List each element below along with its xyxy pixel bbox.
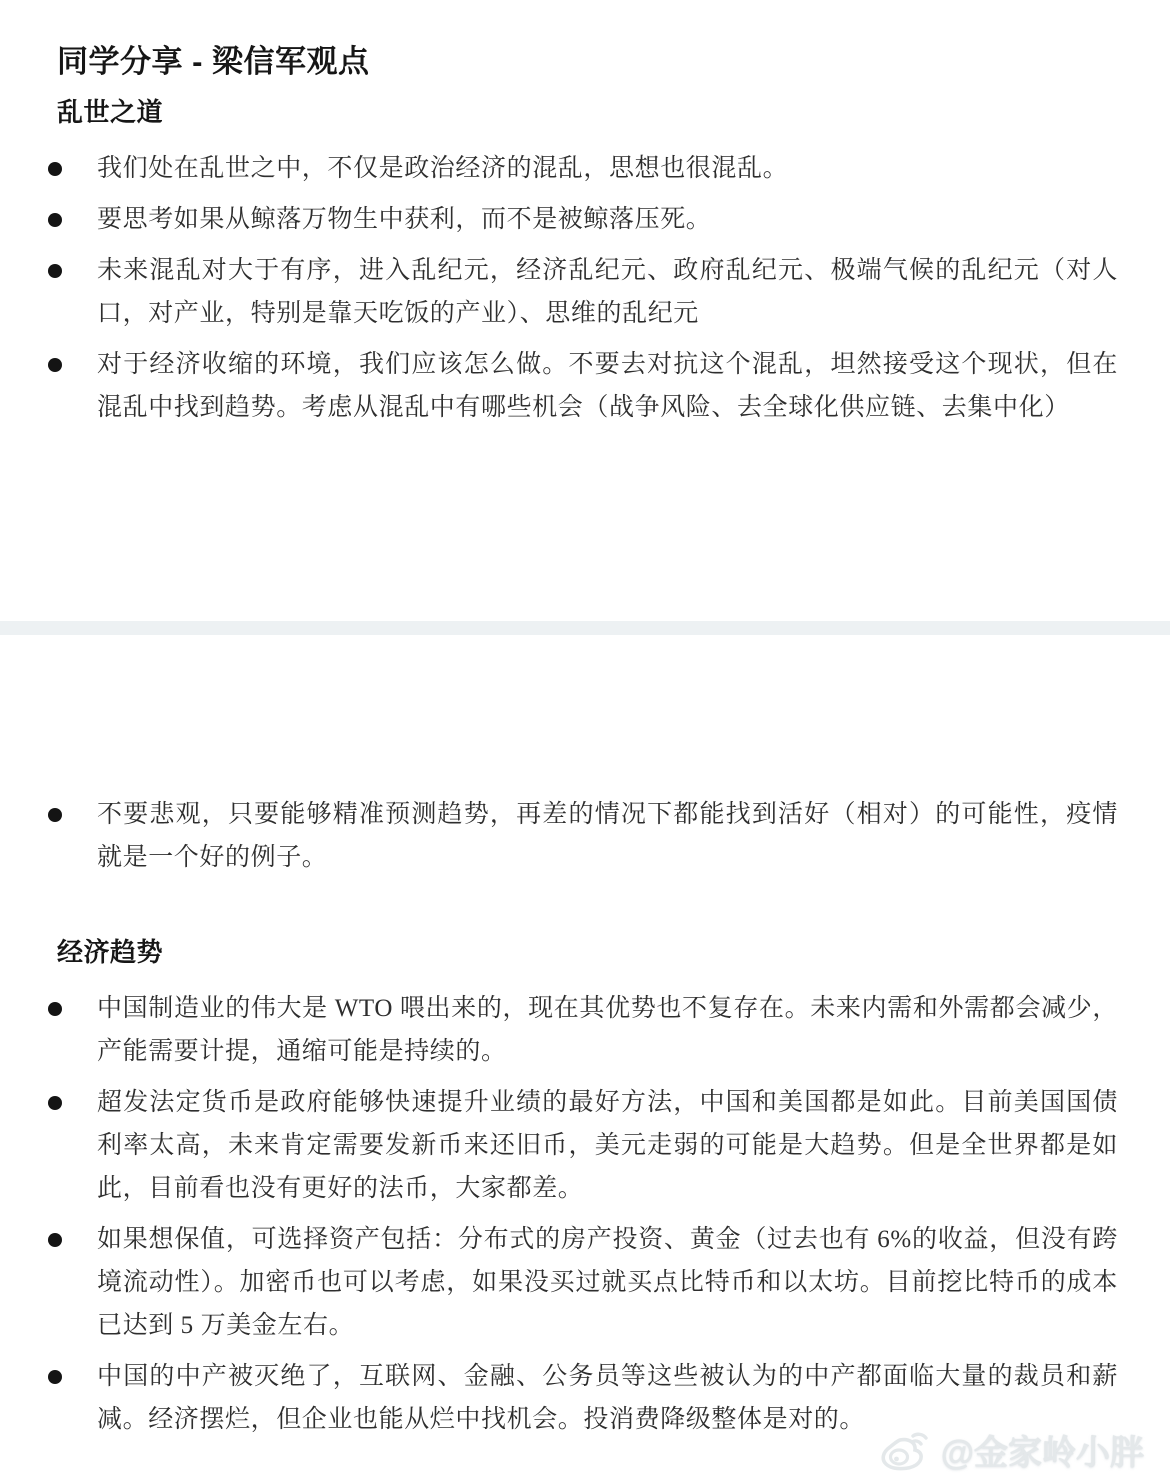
- list-item: 要思考如果从鲸落万物生中获利，而不是被鲸落压死。: [0, 198, 1170, 241]
- list-item: 不要悲观，只要能够精准预测趋势，再差的情况下都能找到活好（相对）的可能性，疫情就…: [0, 793, 1170, 879]
- bullet-dot-icon: [48, 162, 62, 176]
- bullet-text: 不要悲观，只要能够精准预测趋势，再差的情况下都能找到活好（相对）的可能性，疫情就…: [97, 793, 1118, 879]
- weibo-logo-icon: [879, 1428, 931, 1472]
- blank-gap: [0, 437, 1170, 621]
- bullet-dot-icon: [48, 358, 62, 372]
- section2-bullet-list: 中国制造业的伟大是 WTO 喂出来的，现在其优势也不复存在。未来内需和外需都会减…: [0, 987, 1170, 1441]
- divider-band: [0, 621, 1170, 635]
- list-item: 中国制造业的伟大是 WTO 喂出来的，现在其优势也不复存在。未来内需和外需都会减…: [0, 987, 1170, 1073]
- section1-bullet-after-gap: 不要悲观，只要能够精准预测趋势，再差的情况下都能找到活好（相对）的可能性，疫情就…: [0, 793, 1170, 879]
- bullet-text: 如果想保值，可选择资产包括：分布式的房产投资、黄金（过去也有 6%的收益，但没有…: [97, 1218, 1118, 1347]
- list-item: 超发法定货币是政府能够快速提升业绩的最好方法，中国和美国都是如此。目前美国国债利…: [0, 1081, 1170, 1210]
- list-item: 如果想保值，可选择资产包括：分布式的房产投资、黄金（过去也有 6%的收益，但没有…: [0, 1218, 1170, 1347]
- section-heading-economy: 经济趋势: [57, 935, 1118, 969]
- bullet-dot-icon: [48, 1096, 62, 1110]
- bullet-text: 要思考如果从鲸落万物生中获利，而不是被鲸落压死。: [97, 198, 1118, 241]
- list-item: 未来混乱对大于有序，进入乱纪元，经济乱纪元、政府乱纪元、极端气候的乱纪元（对人口…: [0, 249, 1170, 335]
- bullet-dot-icon: [48, 808, 62, 822]
- bullet-text: 未来混乱对大于有序，进入乱纪元，经济乱纪元、政府乱纪元、极端气候的乱纪元（对人口…: [97, 249, 1118, 335]
- list-item: 对于经济收缩的环境，我们应该怎么做。不要去对抗这个混乱，坦然接受这个现状，但在混…: [0, 343, 1170, 429]
- bullet-text: 超发法定货币是政府能够快速提升业绩的最好方法，中国和美国都是如此。目前美国国债利…: [97, 1081, 1118, 1210]
- section1-bullet-list: 我们处在乱世之中，不仅是政治经济的混乱，思想也很混乱。 要思考如果从鲸落万物生中…: [0, 147, 1170, 429]
- bullet-dot-icon: [48, 264, 62, 278]
- bullet-dot-icon: [48, 1370, 62, 1384]
- section-heading-chaos: 乱世之道: [57, 95, 1118, 129]
- blank-gap: [0, 635, 1170, 793]
- watermark-handle: @金家岭小胖: [941, 1425, 1144, 1474]
- bullet-text: 中国制造业的伟大是 WTO 喂出来的，现在其优势也不复存在。未来内需和外需都会减…: [97, 987, 1118, 1073]
- bullet-dot-icon: [48, 1233, 62, 1247]
- bullet-text: 我们处在乱世之中，不仅是政治经济的混乱，思想也很混乱。: [97, 147, 1118, 190]
- document-page: 同学分享 - 梁信军观点 乱世之道 我们处在乱世之中，不仅是政治经济的混乱，思想…: [0, 0, 1170, 1484]
- bullet-dot-icon: [48, 213, 62, 227]
- watermark: @金家岭小胖: [879, 1425, 1144, 1474]
- list-item: 我们处在乱世之中，不仅是政治经济的混乱，思想也很混乱。: [0, 147, 1170, 190]
- bullet-dot-icon: [48, 1002, 62, 1016]
- page-title: 同学分享 - 梁信军观点: [57, 42, 1118, 82]
- bullet-text: 对于经济收缩的环境，我们应该怎么做。不要去对抗这个混乱，坦然接受这个现状，但在混…: [97, 343, 1118, 429]
